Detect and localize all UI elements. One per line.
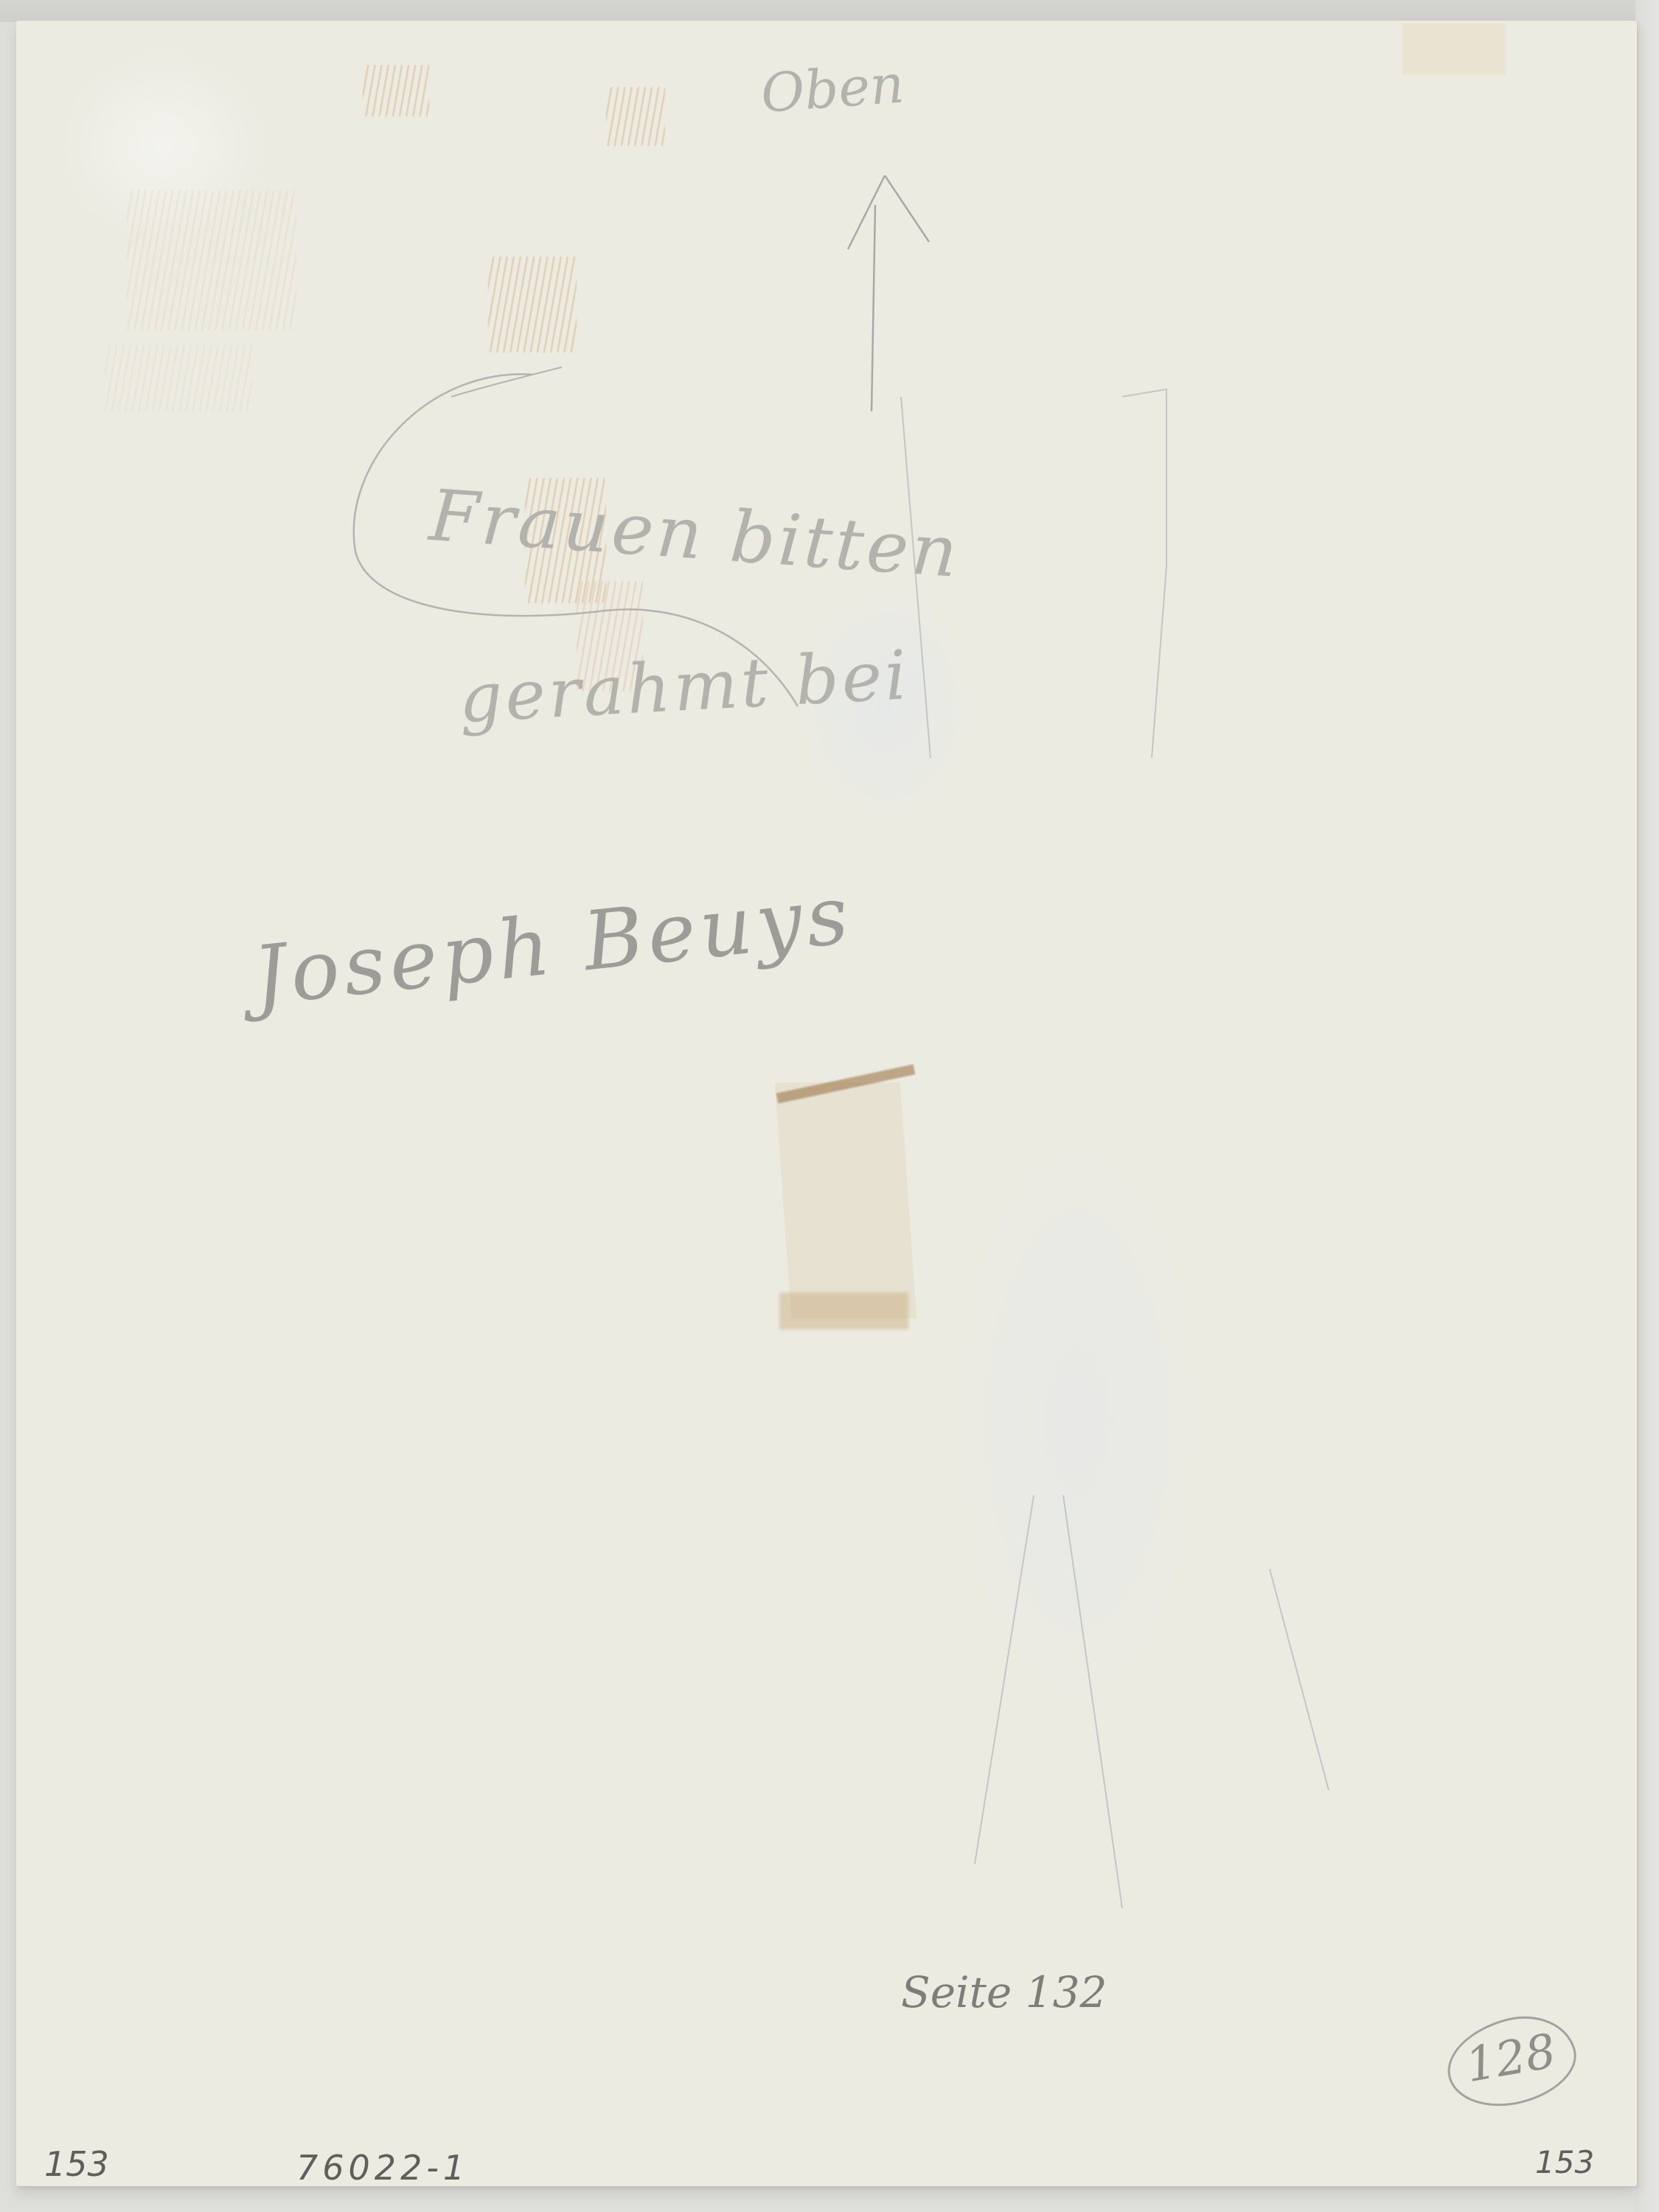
foxing-stain <box>488 257 577 352</box>
number-bottom-right: 153 <box>1535 2144 1594 2180</box>
circled-number-text: 128 <box>1444 2021 1577 2096</box>
circled-number: 128 <box>1439 2004 1585 2118</box>
scan-backdrop-top <box>0 0 1659 22</box>
inscription-line-1: Frauen bitten <box>427 474 963 594</box>
paper-sheet: Oben Frauen bitten gerahmt bei Joseph Be… <box>16 21 1637 2186</box>
tape-residue-top-right <box>1402 24 1506 75</box>
foxing-stain <box>127 190 296 330</box>
inscription-page-reference: Seite 132 <box>901 1967 1107 2017</box>
foxing-stain <box>105 345 252 411</box>
pencil-hook <box>451 367 562 397</box>
scan-backdrop-right <box>1635 0 1659 2212</box>
foxing-stain <box>606 87 665 146</box>
tape-residue <box>761 1053 931 1348</box>
arrow-up-icon <box>848 175 929 411</box>
faint-figure-outline <box>901 389 1329 1908</box>
inscription-line-2: gerahmt bei <box>457 636 911 738</box>
inscription-top-oben: Oben <box>759 52 905 124</box>
foxing-stain <box>363 65 429 116</box>
tape-residue-body <box>775 1082 917 1318</box>
signature-joseph-beuys: Joseph Beuys <box>249 867 857 1024</box>
tape-residue-bottom <box>779 1293 908 1329</box>
number-bottom-left: 153 <box>44 2144 109 2184</box>
inventory-number: 76022-1 <box>296 2148 469 2188</box>
